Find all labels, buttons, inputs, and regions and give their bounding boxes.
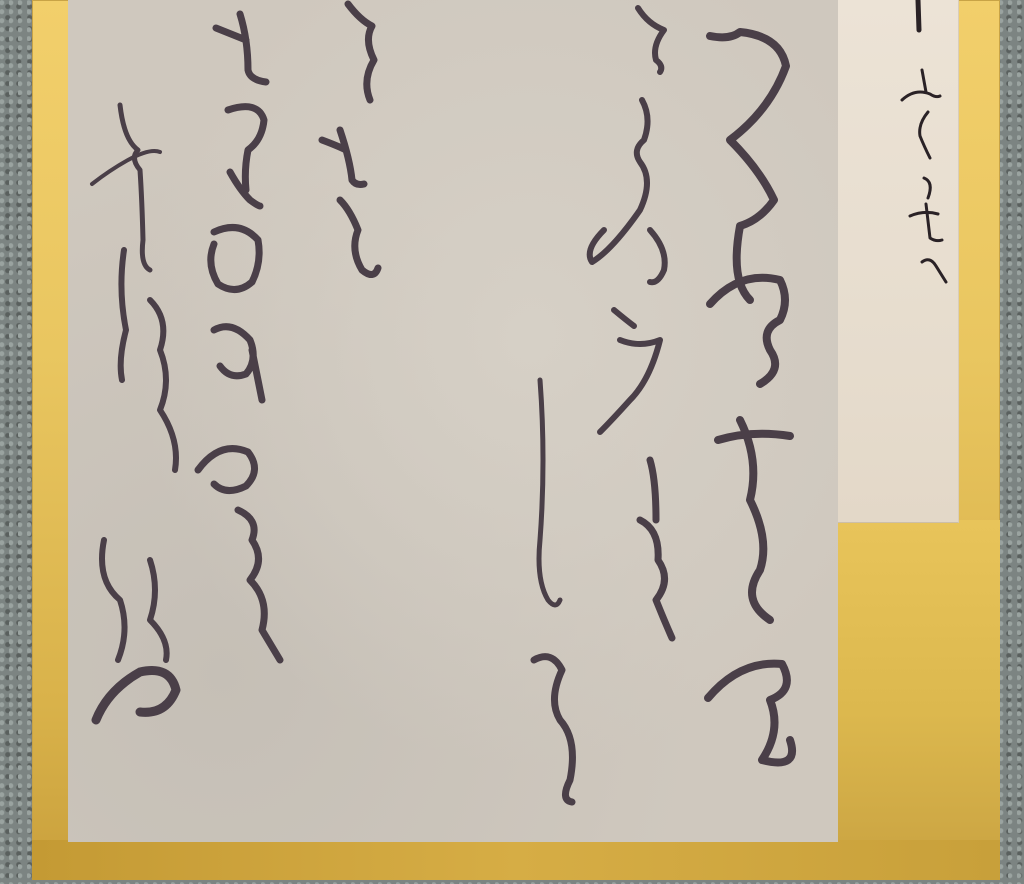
column-far-right [708, 32, 792, 763]
column-center-right [534, 380, 572, 802]
column-far-left [92, 105, 176, 720]
calligraphy-ink-strokes [0, 0, 1024, 884]
label-ink [902, 0, 946, 282]
column-left-center [322, 4, 378, 275]
column-right [590, 8, 672, 638]
column-left [198, 14, 280, 660]
